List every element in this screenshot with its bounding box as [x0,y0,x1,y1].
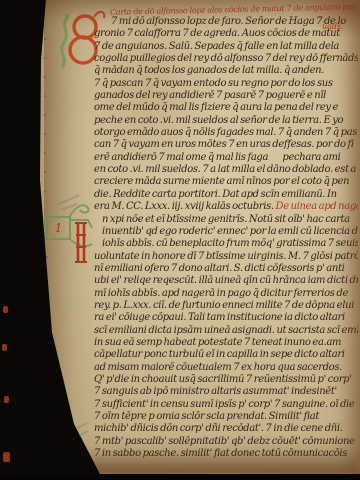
manuscript-line: ad misam maiorē cōuetualem 7 ex hora qua… [94,362,358,374]
prick-mark [44,57,46,59]
prick-mark [44,190,46,192]
manuscript-line: die. Reddite carta portitori. Dat apd sc… [94,189,358,201]
prick-mark [44,152,46,154]
manuscript-line: rey. p. L.xxx. ciī. de furtunio enneci m… [94,300,358,312]
manuscript-line: ra ei' cōiuge cōpaui. Tali tam instituci… [94,312,358,324]
prick-mark [44,76,46,78]
manuscript-line: nī emiliani ofero 7 dono altari. S. dict… [94,263,358,275]
prick-mark [44,114,46,116]
manuscript-line: n xpi nōe et eī btīssime genitrīs. Notū … [94,214,358,226]
prick-mark [44,171,46,173]
manuscript-line: otorgo emādo auos q̄ nōlis fagades mal. … [94,127,358,139]
manuscript-line: 7 de anguianos. Salū. Sepades q̄ falle e… [94,41,358,53]
manuscript-line: scī emiliani dicta ipsām uineā asignadi.… [94,325,358,337]
spine-speck [3,306,8,313]
manuscript-line: michib' dñicis dōn corp' dñi recōdat'. 7… [94,423,358,435]
photo-bottom-edge [0,474,360,480]
manuscript-photo: 1. Carta de dō alfonsso lopz alos cōcios… [0,0,360,480]
manuscript-line: q̄ mādan q̄ todos los ganados de lat mil… [94,65,358,77]
prick-mark [44,133,46,135]
manuscript-line: ganados del rey andidierē 7 pasarē 7 pog… [94,90,358,102]
spine-speck [4,396,9,403]
date-clause: era M. CC. Lxxx. iij. xviij kalās octubr… [94,201,276,212]
paragraph-initial [74,221,88,269]
manuscript-line: in sua eā semp habeat potestate 7 teneat… [94,337,358,349]
manuscript-line: 7 mtb' pascalib' sollēpnitatib' qb' debz… [94,436,358,448]
prick-mark [44,38,46,40]
manuscript-line: 7 mi dō alfonsso lopz de faro. Señor de … [94,16,358,28]
manuscript-line: cogolla puillegios del rey dō alfonsso 7… [94,53,358,65]
prick-mark [59,394,61,396]
spine-speck [2,344,7,351]
prick-mark [44,95,46,97]
manuscript-line: 7 q̄ pascan 7 q̄ vayam entodo su regno p… [94,78,358,90]
manuscript-line: ubi ei' reliqe reqescūt. illā uineā qīn … [94,275,358,287]
manuscript-line: cāpellatur ponc turbulū eī in capilla in… [94,349,358,361]
section-rubric: De uinea apd nagā [276,201,358,212]
manuscript-line: 7 in sabbo pasche. similit' fiat donec t… [94,448,358,460]
manuscript-line: Q' p'die in choauit usq̄ sacrillimū 7 re… [94,374,358,386]
manuscript-line: gronio 7 calafforra 7 de agreda. Auos cō… [94,28,358,40]
manuscript-line: uoluntate in honore dī 7 btīssime uirgin… [94,251,358,263]
manuscript-line: can 7 q̄ vayam en uros mōtes 7 en uras d… [94,139,358,151]
manuscript-line: creciere māda surne miente amī nīnos por… [94,176,358,188]
manuscript-line: mī iohīs abbīs. apd nagerā in pago q̄ di… [94,288,358,300]
manuscript-line: en coto .vi. mil sueldos. 7 a lat milla … [94,164,358,176]
manuscript-line: iohīs abbīs. cū beneplacito frum mōq' gr… [94,238,358,250]
manuscript-line: 7 sanguis ab ipō ministro altaris asumma… [94,386,358,398]
manuscript-line: 7 oīm tēpre p omia sclōr scla prendat. S… [94,411,358,423]
manuscript-line: 7 sufficient' in censu sumī ipsīs p' cor… [94,399,358,411]
text-block: 7 mi dō alfonsso lopz de faro. Señor de … [94,16,358,460]
manuscript-line: peche en coto .vi. mil sueldos al señor … [94,115,358,127]
manuscript-line: ome del mūdo q̄ mal lis fiziere q̄ aura … [94,102,358,114]
prick-mark [46,256,48,258]
manuscript-line: era M. CC. Lxxx. iij. xviij kalās octubr… [94,201,358,213]
manuscript-line: erē andidierō 7 mal ome q̄ mal lis faga … [94,152,358,164]
manuscript-line: inuentib' qd ego roderic' ennec' por la … [94,226,358,238]
